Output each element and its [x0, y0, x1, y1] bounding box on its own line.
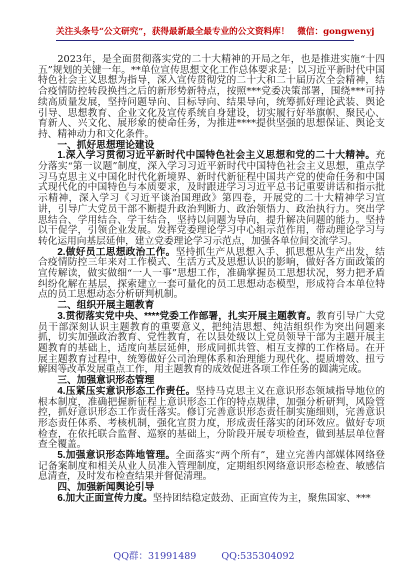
item-lead-5: 5.加强意识形态阵地管理。: [57, 450, 175, 461]
page-header-banner: 关注头条号“公文研究”，获得最新最全最专业的公文资料库！微信：gongwenyj: [56, 26, 354, 41]
intro-paragraph: 2023年，是全面贯彻落实党的二十大精神的开局之年，也是推进实施“十四五”规划的…: [38, 55, 385, 141]
paragraph-item-2: 2.做好员工思想政治工作。坚持抓生产从思想入手、抓思想从生产出发，结合疫情防控三…: [38, 248, 385, 302]
document-body: 2023年，是全面贯彻落实党的二十大精神的开局之年，也是推进实施“十四五”规划的…: [38, 55, 385, 505]
item-lead-6: 6.加大正面宣传力度。: [57, 493, 152, 504]
header-wechat-contact: 微信：gongwenyj: [297, 27, 374, 37]
paragraph-item-4: 4.压紧压实意识形态工作责任。坚持马克思主义在意识形态领域指导地位的根本制度，准…: [38, 387, 385, 451]
paragraph-item-1: 1.深入学习贯彻习近平新时代中国特色社会主义思想和党的二十大精神。充分落实“第一…: [38, 151, 385, 247]
qq-number: QQ:535304092: [221, 551, 294, 562]
item-lead-4: 4.压紧压实意识形态工作责任。: [57, 386, 195, 397]
item-lead-2: 2.做好员工思想政治工作。: [57, 247, 175, 258]
item-text-1: 充分落实“第一议题”制度，深入学习习近平新时代中国特色社会主义思想，重点学习马克…: [38, 150, 385, 247]
document-page: 关注头条号“公文研究”，获得最新最全最专业的公文资料库！微信：gongwenyj…: [0, 0, 408, 580]
paragraph-item-3: 3.贯彻落实党中央、****党委工作部署，扎实开展主题教育。教育引导广大党员干部…: [38, 312, 385, 376]
item-lead-1: 1.深入学习贯彻习近平新时代中国特色社会主义思想和党的二十大精神。: [57, 150, 375, 161]
qq-group-number: QQ群：31991489: [113, 551, 196, 562]
header-notice-text: 关注头条号“公文研究”，获得最新最全最专业的公文资料库！: [56, 27, 289, 37]
paragraph-item-6: 6.加大正面宣传力度。坚持团结稳定鼓劲、正面宣传为主，聚焦国家、***: [38, 494, 385, 505]
item-text-6: 坚持团结稳定鼓劲、正面宣传为主，聚焦国家、***: [153, 493, 371, 504]
paragraph-item-5: 5.加强意识形态阵地管理。全面落实“两个所有”，建立完善内部媒体网络登记备案制度…: [38, 451, 385, 483]
item-lead-3: 3.贯彻落实党中央、****党委工作部署，扎实开展主题教育。: [57, 311, 316, 322]
page-footer-contacts: QQ群：31991489 QQ:535304092: [0, 548, 408, 562]
